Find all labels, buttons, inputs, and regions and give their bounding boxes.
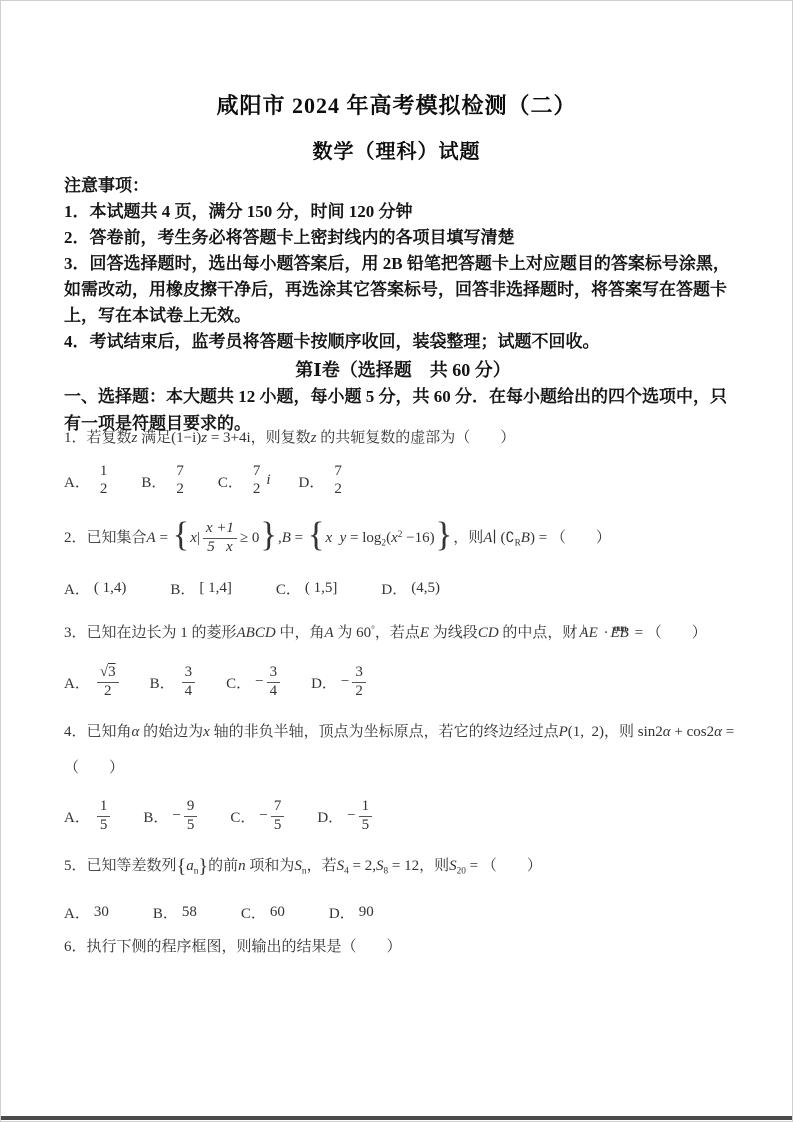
exam-subtitle: 数学（理科）试题 (1, 135, 792, 164)
notice-item-3: 3．回答选择题时，选出每小题答案后，用 2B 铅笔把答题卡上对应题目的答案标号涂… (64, 251, 742, 329)
option-value: 72 (328, 464, 348, 498)
option-3-b: B．34 (150, 665, 199, 700)
question-2: 2．已知集合A = {x|x +15 x≥ 0},B = {x y = log2… (64, 512, 756, 599)
option-value: −95 (172, 799, 200, 834)
question-list: 1．若复数z 满足(1−i)z = 3+4i，则复数z 的共轭复数的虚部为（ ）… (64, 416, 756, 959)
option-label: A． (64, 471, 90, 492)
option-value: 58 (182, 904, 197, 921)
option-value: 12 (94, 464, 114, 498)
option-value: (4,5) (411, 580, 440, 597)
question-3-options: A．√32 B．34 C．−34 D．−32 (64, 658, 756, 706)
option-value: 34 (179, 665, 199, 700)
notice-item-1: 1．本试题共 4 页，满分 150 分，时间 120 分钟 (64, 199, 742, 225)
option-5-b: B．58 (153, 902, 197, 923)
option-4-c: C．−75 (230, 799, 287, 834)
option-label: C． (226, 672, 251, 693)
exam-title: 咸阳市 2024 年高考模拟检测（二） (1, 89, 792, 120)
exam-page: 咸阳市 2024 年高考模拟检测（二） 数学（理科）试题 注意事项： 1．本试题… (0, 0, 793, 1122)
option-2-d: D．(4,5) (381, 578, 440, 599)
option-4-a: A．15 (64, 799, 113, 834)
option-label: D． (317, 806, 343, 827)
option-4-d: D．−15 (317, 799, 375, 834)
option-label: A． (64, 578, 90, 599)
option-1-b: B．72 (141, 464, 190, 498)
question-3-stem: 3．已知在边长为 1 的菱形ABCD 中，角A 为 60°，若点E 为线段CD … (64, 615, 756, 648)
option-1-a: A．12 (64, 464, 113, 498)
question-6-stem: 6．执行下侧的程序框图，则输出的结果是（ ） (64, 935, 756, 959)
option-value: 72 (170, 464, 190, 498)
question-2-options: A．( 1,4) B．[ 1,4] C．( 1,5] D．(4,5) (64, 578, 756, 599)
option-value: √32 (94, 665, 122, 700)
option-label: B． (150, 672, 175, 693)
option-label: C． (276, 578, 301, 599)
option-value: 60 (270, 904, 285, 921)
notice-item-4: 4．考试结束后，监考员将答题卡按顺序收回，装袋整理；试题不回收。 (64, 329, 742, 355)
option-4-b: B．−95 (143, 799, 200, 834)
option-value: 30 (94, 904, 109, 921)
question-1: 1．若复数z 满足(1−i)z = 3+4i，则复数z 的共轭复数的虚部为（ ）… (64, 426, 756, 504)
question-1-options: A．12 B．72 C．72i D．72 (64, 458, 756, 504)
option-value: ( 1,5] (305, 580, 338, 597)
option-2-c: C．( 1,5] (276, 578, 338, 599)
option-3-a: A．√32 (64, 665, 122, 700)
option-label: C． (218, 471, 243, 492)
notice-item-2: 2．答卷前，考生务必将答题卡上密封线内的各项目填写清楚 (64, 225, 742, 251)
option-label: A． (64, 672, 90, 693)
option-label: D． (311, 672, 337, 693)
option-label: B． (153, 902, 178, 923)
option-value: 90 (359, 904, 374, 921)
question-5: 5．已知等差数列{an}的前n 项和为Sn，若S4 = 2,S8 = 12，则S… (64, 854, 756, 922)
option-label: C． (230, 806, 255, 827)
option-label: B． (170, 578, 195, 599)
option-label: B． (143, 806, 168, 827)
option-label: C． (241, 902, 266, 923)
page-bottom-border (1, 1116, 792, 1120)
question-5-options: A．30 B．58 C．60 D．90 (64, 902, 756, 923)
option-label: B． (141, 471, 166, 492)
option-3-c: C．−34 (226, 665, 283, 700)
option-2-b: B．[ 1,4] (170, 578, 232, 599)
option-3-d: D．−32 (311, 665, 369, 700)
question-4-options: A．15 B．−95 C．−75 D．−15 (64, 792, 756, 840)
option-label: A． (64, 806, 90, 827)
part-title: 第Ⅰ卷（选择题 共 60 分） (64, 357, 742, 383)
option-value: −34 (255, 665, 283, 700)
question-5-stem: 5．已知等差数列{an}的前n 项和为Sn，若S4 = 2,S8 = 12，则S… (64, 854, 756, 883)
question-2-stem: 2．已知集合A = {x|x +15 x≥ 0},B = {x y = log2… (64, 512, 756, 566)
question-1-stem: 1．若复数z 满足(1−i)z = 3+4i，则复数z 的共轭复数的虚部为（ ） (64, 426, 756, 450)
option-value: −15 (347, 799, 375, 834)
option-value: ( 1,4) (94, 580, 127, 597)
notice-heading: 注意事项： (64, 173, 742, 199)
question-3: 3．已知在边长为 1 的菱形ABCD 中，角A 为 60°，若点E 为线段CD … (64, 615, 756, 706)
option-label: D． (299, 471, 325, 492)
option-value: 72i (247, 464, 271, 498)
option-value: [ 1,4] (199, 580, 232, 597)
option-5-a: A．30 (64, 902, 109, 923)
option-value: 15 (94, 799, 114, 834)
option-value: −75 (259, 799, 287, 834)
question-4: 4．已知角α 的始边为x 轴的非负半轴，顶点为坐标原点，若它的终边经过点P(1,… (64, 720, 756, 840)
option-label: A． (64, 902, 90, 923)
question-6: 6．执行下侧的程序框图，则输出的结果是（ ） (64, 935, 756, 959)
option-1-d: D．72 (299, 464, 348, 498)
option-label: D． (381, 578, 407, 599)
notice-and-instructions: 注意事项： 1．本试题共 4 页，满分 150 分，时间 120 分钟 2．答卷… (64, 173, 742, 437)
question-4-answer-blank: （ ） (64, 756, 756, 780)
option-5-c: C．60 (241, 902, 285, 923)
question-4-stem: 4．已知角α 的始边为x 轴的非负半轴，顶点为坐标原点，若它的终边经过点P(1,… (64, 720, 756, 744)
option-2-a: A．( 1,4) (64, 578, 126, 599)
option-1-c: C．72i (218, 464, 271, 498)
option-label: D． (329, 902, 355, 923)
option-value: −32 (341, 665, 369, 700)
option-5-d: D．90 (329, 902, 374, 923)
